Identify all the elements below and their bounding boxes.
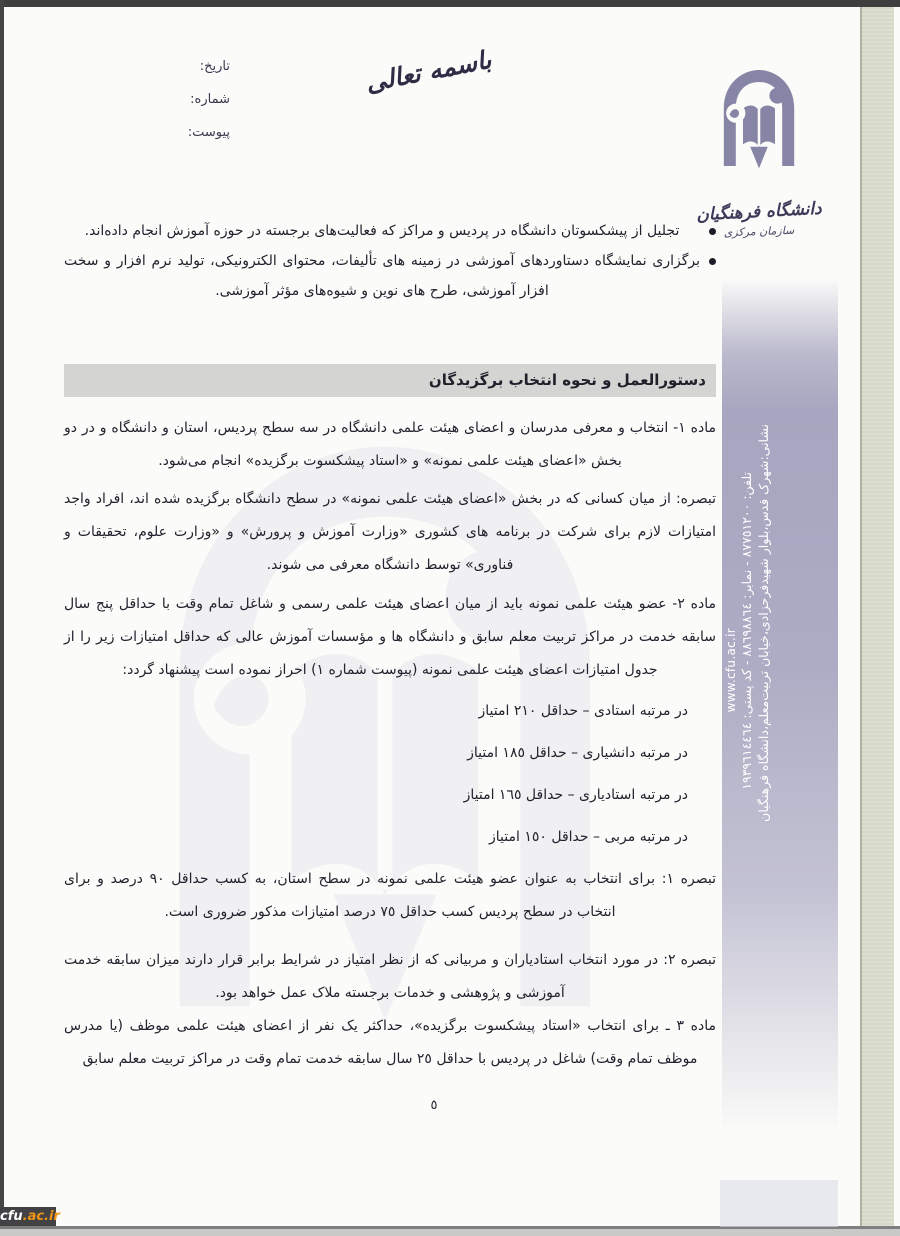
bismillah-calligraphy: باسمه تعالی — [370, 45, 493, 96]
university-logo-icon — [693, 62, 825, 198]
page-number: ٥ — [420, 1098, 448, 1113]
cfu-badge-prefix: cfu — [0, 1209, 23, 1224]
scan-edge-strip — [860, 7, 894, 1229]
bullet-text: برگزاری نمایشگاه دستاوردهای آموزشی در زم… — [64, 246, 700, 306]
sidebar-band-tail — [720, 1180, 838, 1227]
scan-edge-top — [0, 0, 900, 7]
bullet-list: تجلیل از پیشکسوتان دانشگاه در پردیس و مر… — [64, 216, 716, 306]
note-2-paragraph: تبصره ٢: در مورد انتخاب استادیاران و مرب… — [64, 944, 716, 1010]
note-paragraph: تبصره: از میان کسانی که در بخش «اعضای هی… — [64, 483, 716, 582]
letterhead-fields: تاریخ: شماره: پیوست: — [148, 50, 230, 149]
article-1-paragraph: ماده ١- انتخاب و معرفی مدرسان و اعضای هی… — [64, 412, 716, 478]
rank-line: در مرتبه مربی – حداقل ١٥٠ امتیاز — [64, 816, 688, 858]
address-vertical-text: نشانی:شهرک قدس،بلوار شهیدفرحزادی،خیابان … — [756, 424, 772, 964]
rank-score-list: در مرتبه استادی – حداقل ٢١٠ امتیاز در مر… — [64, 690, 688, 858]
university-logo: دانشگاه فرهنگیان سازمان مرکزی — [693, 62, 825, 238]
bullet-icon — [709, 228, 716, 235]
section-heading-bar: دستورالعمل و نحوه انتخاب برگزیدگان — [64, 364, 716, 397]
list-item: برگزاری نمایشگاه دستاوردهای آموزشی در زم… — [64, 246, 716, 306]
list-item: تجلیل از پیشکسوتان دانشگاه در پردیس و مر… — [64, 216, 716, 246]
note-1-paragraph: تبصره ١: برای انتخاب به عنوان عضو هیئت ع… — [64, 863, 716, 929]
bullet-text: تجلیل از پیشکسوتان دانشگاه در پردیس و مر… — [64, 216, 700, 246]
rank-line: در مرتبه استادیاری – حداقل ١٦٥ امتیاز — [64, 774, 688, 816]
bullet-icon — [709, 258, 716, 265]
rank-line: در مرتبه استادی – حداقل ٢١٠ امتیاز — [64, 690, 688, 732]
scan-edge-bottom — [0, 1229, 900, 1236]
attachment-label: پیوست: — [148, 116, 230, 149]
rank-line: در مرتبه دانشیاری – حداقل ١٨٥ امتیاز — [64, 732, 688, 774]
article-2-paragraph: ماده ٢- عضو هیئت علمی نمونه باید از میان… — [64, 588, 716, 687]
cfu-badge-suffix: .ac.ir — [23, 1209, 60, 1224]
date-label: تاریخ: — [148, 50, 230, 83]
article-3-paragraph: ماده ٣ ـ برای انتخاب «استاد پیشکسوت برگز… — [64, 1010, 716, 1076]
section-heading: دستورالعمل و نحوه انتخاب برگزیدگان — [64, 364, 716, 397]
number-label: شماره: — [148, 83, 230, 116]
scan-edge-left — [0, 0, 4, 1236]
cfu-site-badge: cfu.ac.ir — [0, 1207, 56, 1226]
phone-vertical-text: تلفن: ٨٧٧٥١٢٠٠ - نمابر: ٨٨٦٩٨٨٦٤ - کد پس… — [739, 472, 755, 924]
website-vertical-text: www.cfu.ac.ir — [723, 628, 739, 732]
